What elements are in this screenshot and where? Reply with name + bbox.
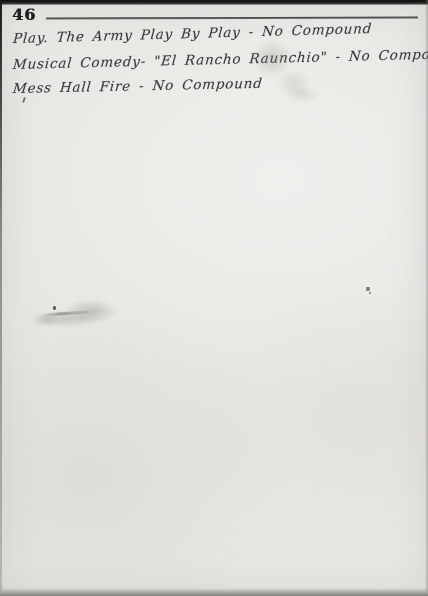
paper-stain: [26, 290, 126, 338]
handwritten-line-mess-hall-fire: Mess Hall Fire - No Compound: [12, 76, 263, 97]
paper-stain-streak: [42, 310, 88, 316]
ink-speck-left-margin: [22, 97, 26, 103]
page-bottom-edge-shadow: [0, 588, 428, 596]
ink-speck-stain: [53, 306, 56, 310]
handwritten-line-musical-comedy: Musical Comedy- "El Rancho Raunchio" - N…: [12, 46, 428, 73]
scanned-notebook-page: 46 Play. The Army Play By Play - No Comp…: [0, 0, 428, 596]
page-number: 46: [12, 5, 36, 24]
page-top-edge-shadow: [0, 0, 428, 5]
header-rule-line: [46, 17, 418, 20]
ink-smudge-top: [238, 34, 323, 104]
page-left-edge-shadow: [0, 0, 2, 596]
handwritten-line-play: Play. The Army Play By Play - No Compoun…: [12, 21, 372, 47]
ink-speck-right: [366, 287, 370, 291]
ink-smudge-middle: [272, 78, 332, 110]
